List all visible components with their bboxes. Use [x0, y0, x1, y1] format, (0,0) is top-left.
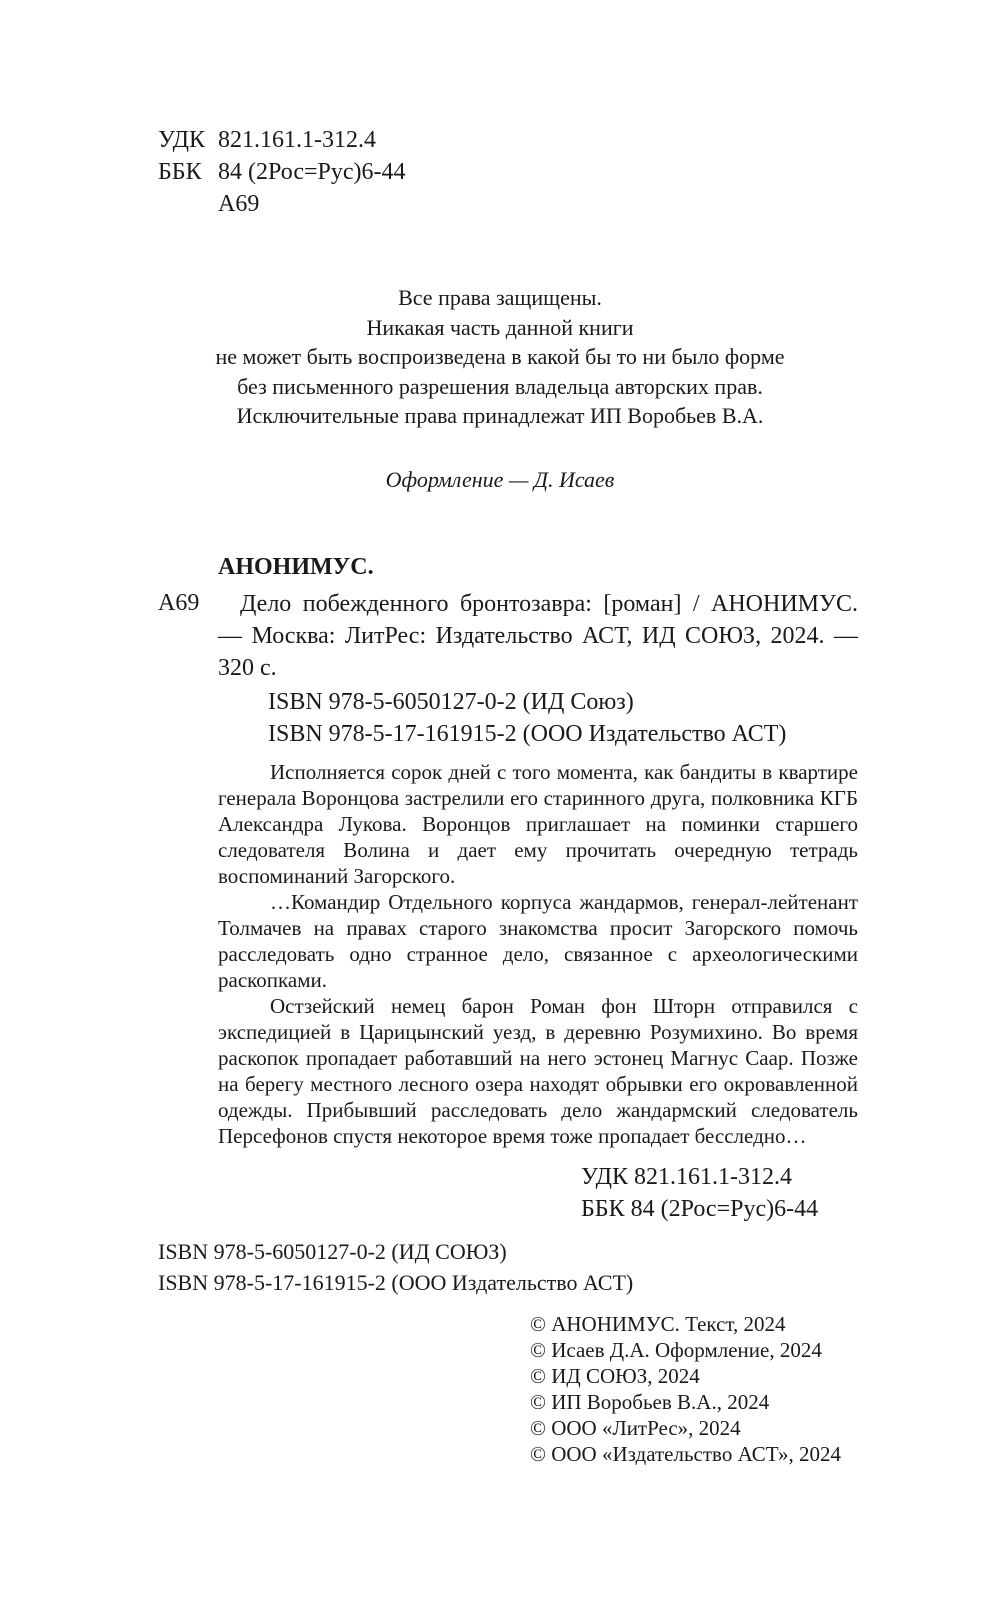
copyright-list: © АНОНИМУС. Текст, 2024 © Исаев Д.А. Офо… [530, 1311, 841, 1467]
design-credit: Оформление — Д. Исаев [0, 467, 1000, 493]
isbn-list-bottom: ISBN 978-5-6050127-0-2 (ИД СОЮЗ) ISBN 97… [158, 1236, 633, 1298]
bbk-bottom: ББК 84 (2Рос=Рус)6-44 [581, 1193, 818, 1225]
bbk-value: 84 (2Рос=Рус)6-44 [218, 156, 406, 188]
rights-line: Никакая часть данной книги [0, 313, 1000, 343]
annotation: Исполняется сорок дней с того момента, к… [218, 759, 858, 1149]
copyright-line: © Исаев Д.А. Оформление, 2024 [530, 1337, 841, 1363]
copyright-line: © ООО «Издательство АСТ», 2024 [530, 1441, 841, 1467]
udk-bottom: УДК 821.161.1-312.4 [581, 1161, 818, 1193]
rights-line: без письменного разрешения владельца авт… [0, 372, 1000, 402]
bibliographic-code: А69 [158, 590, 199, 617]
copyright-line: © ООО «ЛитРес», 2024 [530, 1415, 841, 1441]
isbn-line: ISBN 978-5-17-161915-2 (ООО Издательство… [268, 718, 786, 750]
isbn-line: ISBN 978-5-17-161915-2 (ООО Издательство… [158, 1267, 633, 1298]
udk-value: 821.161.1-312.4 [218, 124, 376, 156]
bbk-label: ББК [158, 156, 218, 188]
bibliographic-author: АНОНИМУС. [218, 554, 374, 581]
classification-codes: УДК821.161.1-312.4 ББК84 (2Рос=Рус)6-44 … [158, 124, 406, 220]
copyright-line: © ИД СОЮЗ, 2024 [530, 1363, 841, 1389]
isbn-list: ISBN 978-5-6050127-0-2 (ИД Союз) ISBN 97… [268, 686, 786, 750]
copyright-line: © ИП Воробьев В.А., 2024 [530, 1389, 841, 1415]
rights-line: Все права защищены. [0, 283, 1000, 313]
annotation-paragraph: Исполняется сорок дней с того момента, к… [218, 759, 858, 889]
rights-line: Исключительные права принадлежат ИП Воро… [0, 401, 1000, 431]
udk-label: УДК [158, 124, 218, 156]
classification-codes-bottom: УДК 821.161.1-312.4 ББК 84 (2Рос=Рус)6-4… [581, 1161, 818, 1225]
rights-notice: Все права защищены. Никакая часть данной… [0, 283, 1000, 431]
rights-line: не может быть воспроизведена в какой бы … [0, 342, 1000, 372]
copyright-line: © АНОНИМУС. Текст, 2024 [530, 1311, 841, 1337]
bibliographic-description: Дело побежденного бронтозавра: [роман] /… [218, 588, 858, 684]
author-mark: А69 [218, 188, 259, 220]
isbn-line: ISBN 978-5-6050127-0-2 (ИД Союз) [268, 686, 786, 718]
isbn-line: ISBN 978-5-6050127-0-2 (ИД СОЮЗ) [158, 1236, 633, 1267]
annotation-paragraph: Остзейский немец барон Роман фон Шторн о… [218, 993, 858, 1149]
annotation-paragraph: …Командир Отдельного корпуса жандармов, … [218, 889, 858, 993]
